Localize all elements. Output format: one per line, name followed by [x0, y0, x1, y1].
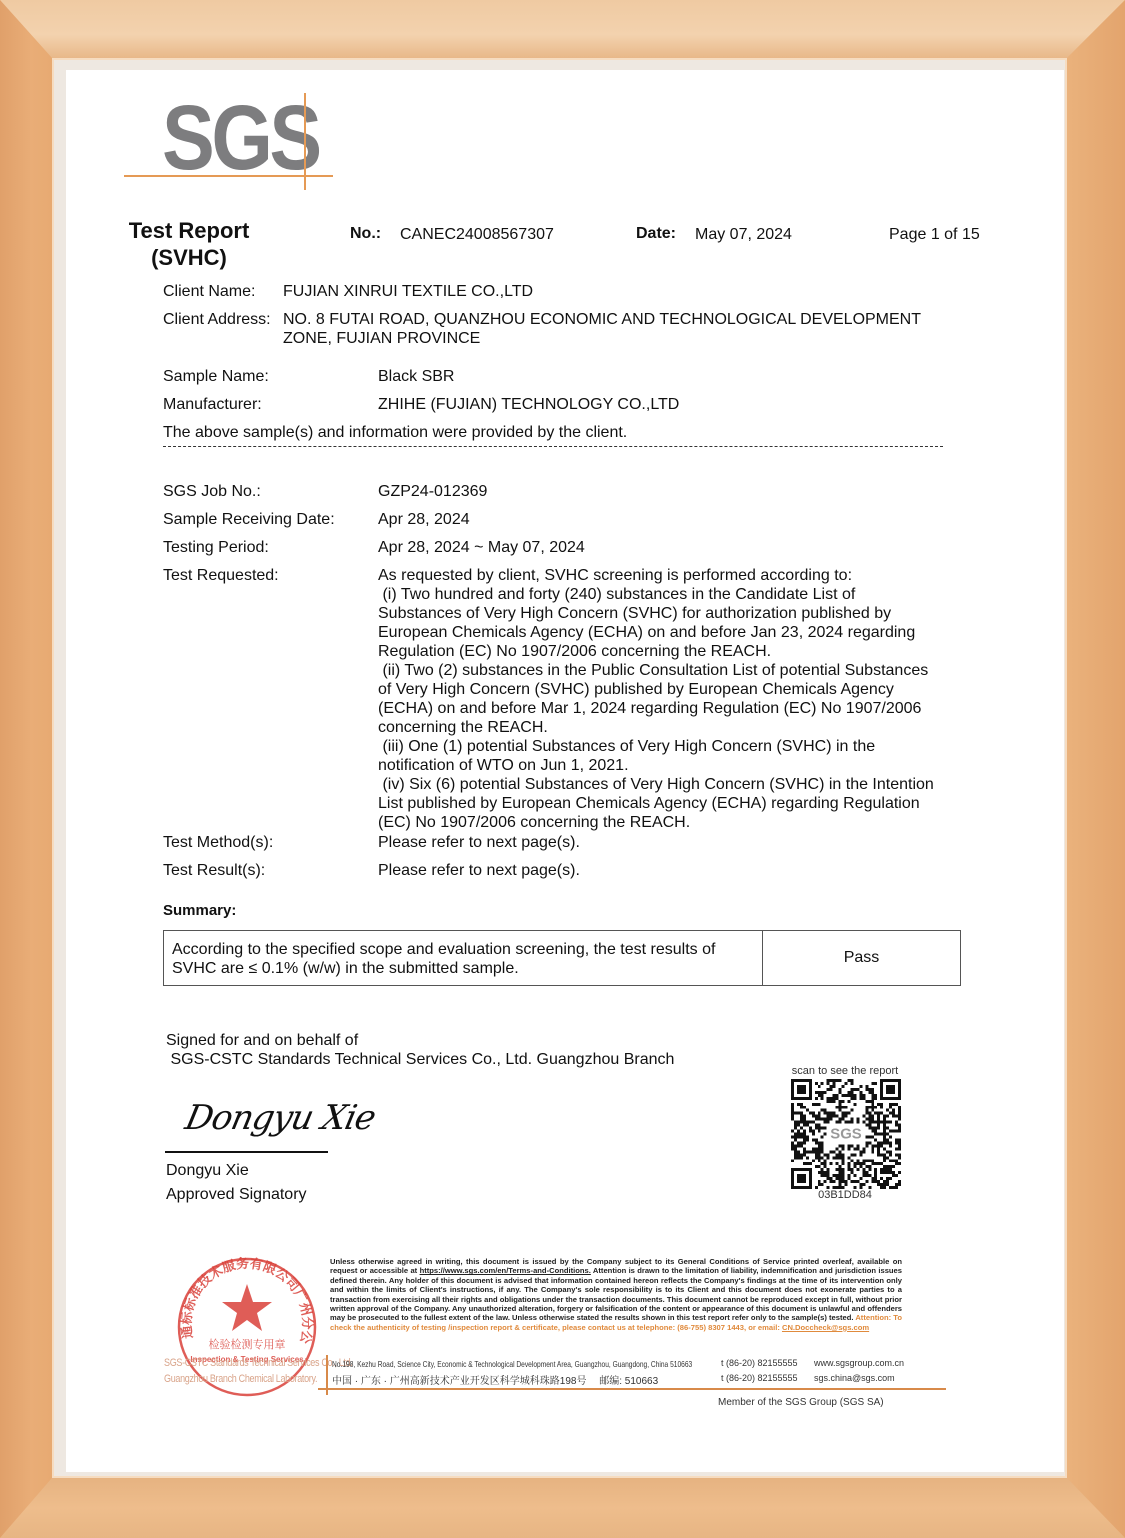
terms-and-conditions: Unless otherwise agreed in writing, this…	[330, 1257, 902, 1332]
test-requested-line: (ii) Two (2) substances in the Public Co…	[378, 661, 968, 680]
test-requested-line: notification of WTO on Jun 1, 2021.	[378, 756, 968, 775]
summary-statement-line1: According to the specified scope and eva…	[172, 940, 754, 959]
summary-table: According to the specified scope and eva…	[163, 930, 961, 986]
terms-link[interactable]: https://www.sgs.com/en/Terms-and-Conditi…	[420, 1266, 591, 1275]
date-label: Date:	[636, 225, 676, 243]
sample-name-label: Sample Name:	[163, 367, 269, 386]
test-method-value: Please refer to next page(s).	[378, 833, 580, 852]
test-requested-line: As requested by client, SVHC screening i…	[378, 566, 968, 585]
svg-text:SGS: SGS	[830, 1126, 861, 1142]
test-requested-line: (i) Two hundred and forty (240) substanc…	[378, 585, 968, 604]
stamp-company-line2: Guangzhou Branch Chemical Laboratory.	[164, 1373, 317, 1385]
testing-period-label: Testing Period:	[163, 538, 269, 557]
job-no-label: SGS Job No.:	[163, 482, 261, 501]
member-of-sgs-group: Member of the SGS Group (SGS SA)	[718, 1397, 884, 1408]
test-method-label: Test Method(s):	[163, 833, 273, 852]
svg-text:检验检测专用章: 检验检测专用章	[209, 1337, 286, 1351]
summary-statement-line2: SVHC are ≤ 0.1% (w/w) in the submitted s…	[172, 959, 754, 978]
provided-note: The above sample(s) and information were…	[163, 423, 627, 442]
frame-right	[1067, 0, 1125, 1538]
footer-address-cn: 中国 · 广东 · 广州高新技术产业开发区科学城科珠路198号 邮编: 5106…	[332, 1372, 658, 1387]
receiving-date-label: Sample Receiving Date:	[163, 510, 335, 529]
sample-name-value: Black SBR	[378, 367, 454, 386]
report-no-label: No.:	[350, 225, 381, 243]
client-address-line1: NO. 8 FUTAI ROAD, QUANZHOU ECONOMIC AND …	[283, 310, 921, 329]
footer-website-link[interactable]: www.sgsgroup.com.cn	[814, 1358, 904, 1368]
frame-bottom	[0, 1478, 1125, 1538]
date-value: May 07, 2024	[695, 225, 792, 244]
footer-horizontal-rule	[318, 1388, 946, 1390]
summary-heading: Summary:	[163, 902, 236, 919]
test-result-value: Please refer to next page(s).	[378, 861, 580, 880]
test-requested-line: (ECHA) on and before Mar 1, 2024 regardi…	[378, 699, 968, 718]
test-requested-line: of Very High Concern (SVHC) published by…	[378, 680, 968, 699]
test-requested-label: Test Requested:	[163, 566, 279, 585]
sgs-logo: SGS	[162, 92, 319, 184]
signatory-name: Dongyu Xie	[166, 1161, 249, 1180]
report-title-line1: Test Report	[124, 217, 254, 244]
report-title-line2: (SVHC)	[124, 244, 254, 271]
page-indicator: Page 1 of 15	[889, 225, 980, 244]
signing-company: SGS-CSTC Standards Technical Services Co…	[166, 1050, 674, 1069]
client-name-value: FUJIAN XINRUI TEXTILE CO.,LTD	[283, 282, 533, 301]
client-name-label: Client Name:	[163, 282, 255, 301]
stamp-company-line1: SGS-CSTC Standards Technical Services Co…	[164, 1357, 352, 1369]
summary-statement: According to the specified scope and eva…	[164, 931, 763, 985]
test-requested-line: concerning the REACH.	[378, 718, 968, 737]
doccheck-email-link[interactable]: CN.Doccheck@sgs.com	[782, 1323, 869, 1332]
frame-left	[0, 0, 52, 1538]
qr-caption: scan to see the report	[780, 1065, 910, 1077]
test-requested-line: (iii) One (1) potential Substances of Ve…	[378, 737, 968, 756]
handwritten-signature: Dongyu Xie	[182, 1098, 379, 1138]
signature-line	[165, 1151, 328, 1153]
manufacturer-value: ZHIHE (FUJIAN) TECHNOLOGY CO.,LTD	[378, 395, 679, 414]
summary-result: Pass	[763, 931, 960, 985]
report-title: Test Report (SVHC)	[124, 217, 254, 271]
test-result-label: Test Result(s):	[163, 861, 265, 880]
signed-for-label: Signed for and on behalf of	[166, 1031, 358, 1050]
job-no-value: GZP24-012369	[378, 482, 487, 501]
footer-email-link[interactable]: sgs.china@sgs.com	[814, 1373, 895, 1383]
footer-address-en: No.198, Kezhu Road, Science City, Econom…	[332, 1359, 692, 1369]
test-requested-text: As requested by client, SVHC screening i…	[378, 566, 968, 832]
qr-code-id: 03B1DD84	[780, 1189, 910, 1201]
qr-code-icon[interactable]: SGS	[790, 1079, 902, 1189]
test-requested-line: European Chemicals Agency (ECHA) on and …	[378, 623, 968, 642]
logo-horizontal-rule	[124, 175, 333, 177]
report-no-value: CANEC24008567307	[400, 225, 554, 244]
test-requested-line: List published by European Chemicals Age…	[378, 794, 968, 813]
manufacturer-label: Manufacturer:	[163, 395, 262, 414]
testing-period-value: Apr 28, 2024 ~ May 07, 2024	[378, 538, 585, 557]
dashed-separator	[163, 446, 943, 447]
footer-phone-1: t (86-20) 82155555	[721, 1358, 798, 1368]
test-requested-line: (iv) Six (6) potential Substances of Ver…	[378, 775, 968, 794]
test-requested-line: Substances of Very High Concern (SVHC) f…	[378, 604, 968, 623]
footer-phone-2: t (86-20) 82155555	[721, 1373, 798, 1383]
receiving-date-value: Apr 28, 2024	[378, 510, 470, 529]
test-requested-line: Regulation (EC) No 1907/2006 concerning …	[378, 642, 968, 661]
client-address-label: Client Address:	[163, 310, 271, 329]
test-requested-line: (EC) No 1907/2006 concerning the REACH.	[378, 813, 968, 832]
logo-vertical-rule	[304, 93, 306, 190]
client-address-line2: ZONE, FUJIAN PROVINCE	[283, 329, 480, 348]
frame-top	[0, 0, 1125, 58]
signatory-title: Approved Signatory	[166, 1185, 307, 1204]
